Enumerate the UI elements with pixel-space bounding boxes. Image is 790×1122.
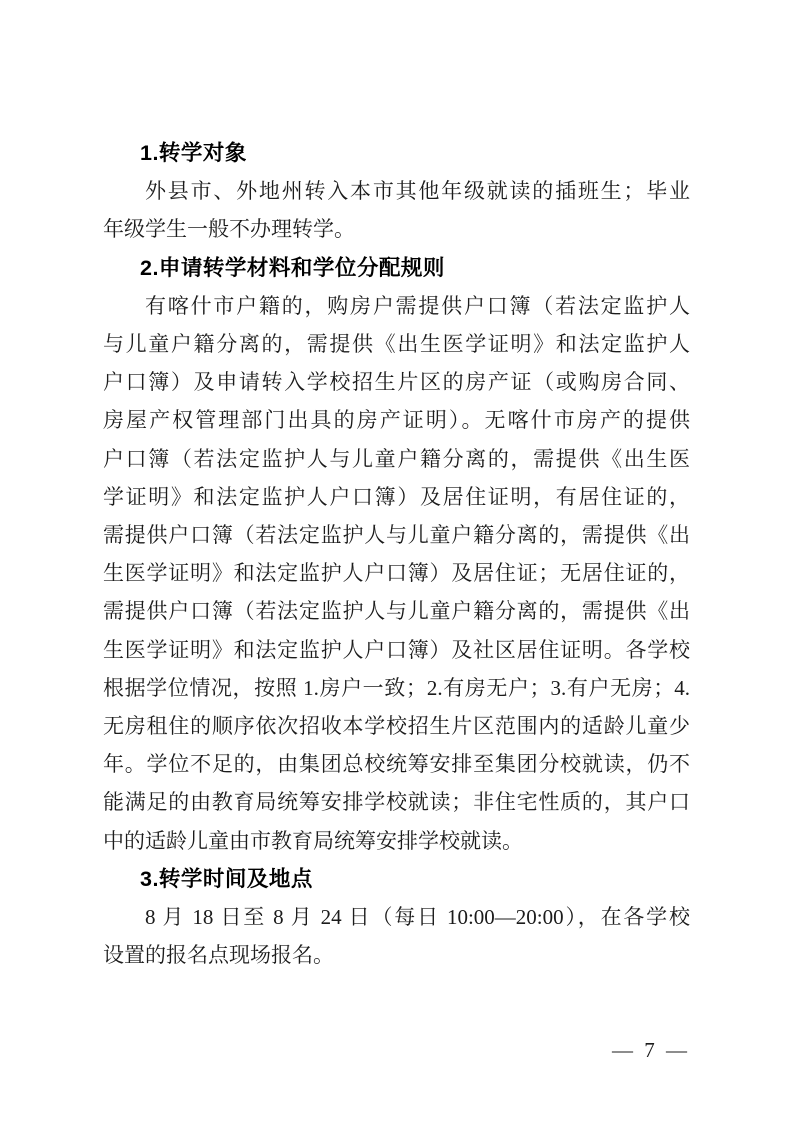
text-line: 年级学生一般不办理转学。: [103, 210, 690, 248]
section-heading: 3.转学时间及地点: [103, 860, 690, 898]
document-content: 1.转学对象外县市、外地州转入本市其他年级就读的插班生；毕业年级学生一般不办理转…: [103, 134, 690, 974]
text-line: 需提供户口簿（若法定监护人与儿童户籍分离的，需提供《出: [103, 592, 690, 630]
text-line: 有喀什市户籍的，购房户需提供户口簿（若法定监护人: [103, 287, 690, 325]
text-line: 根据学位情况，按照 1.房户一致；2.有房无户；3.有户无房；4.: [103, 669, 690, 707]
section-heading: 1.转学对象: [103, 134, 690, 172]
text-line: 年。学位不足的，由集团总校统筹安排至集团分校就读，仍不: [103, 745, 690, 783]
text-line: 无房租住的顺序依次招收本学校招生片区范围内的适龄儿童少: [103, 707, 690, 745]
document-page: 1.转学对象外县市、外地州转入本市其他年级就读的插班生；毕业年级学生一般不办理转…: [0, 0, 790, 1122]
text-line: 房屋产权管理部门出具的房产证明）。无喀什市房产的提供: [103, 401, 690, 439]
text-line: 生医学证明》和法定监护人户口簿）及社区居住证明。各学校: [103, 631, 690, 669]
text-line: 学证明》和法定监护人户口簿）及居住证明，有居住证的，: [103, 478, 690, 516]
text-line: 设置的报名点现场报名。: [103, 936, 690, 974]
text-line: 中的适龄儿童由市教育局统筹安排学校就读。: [103, 822, 690, 860]
text-line: 与儿童户籍分离的，需提供《出生医学证明》和法定监护人: [103, 325, 690, 363]
text-line: 生医学证明》和法定监护人户口簿）及居住证；无居住证的，: [103, 554, 690, 592]
text-line: 户口簿）及申请转入学校招生片区的房产证（或购房合同、: [103, 363, 690, 401]
page-number: — 7 —: [612, 1031, 690, 1069]
text-line: 户口簿（若法定监护人与儿童户籍分离的，需提供《出生医: [103, 440, 690, 478]
section-heading: 2.申请转学材料和学位分配规则: [103, 249, 690, 287]
text-line: 8 月 18 日至 8 月 24 日（每日 10:00—20:00），在各学校: [103, 898, 690, 936]
text-line: 需提供户口簿（若法定监护人与儿童户籍分离的，需提供《出: [103, 516, 690, 554]
text-line: 外县市、外地州转入本市其他年级就读的插班生；毕业: [103, 172, 690, 210]
text-line: 能满足的由教育局统筹安排学校就读；非住宅性质的，其户口: [103, 783, 690, 821]
